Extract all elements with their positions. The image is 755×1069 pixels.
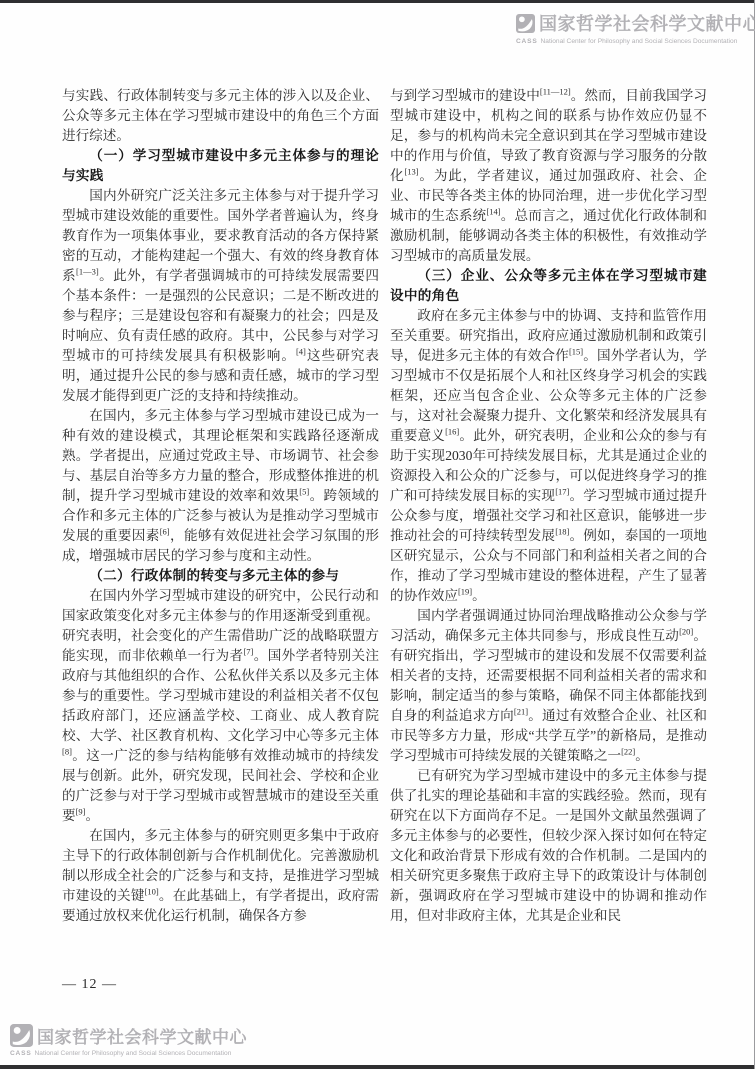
section-heading: （一）学习型城市建设中多元主体参与的理论与实践 [62, 146, 379, 186]
cass-header-logo: 国家哲学社会科学文献中心 CASS National Center for Ph… [516, 10, 755, 45]
citation-ref: [8] [62, 746, 72, 756]
body-paragraph: 与到学习型城市的建设中[11—12]。然而，目前我国学习型城市建设中，机构之间的… [390, 86, 707, 266]
body-paragraph: 国内外研究广泛关注多元主体参与对于提升学习型城市建设效能的重要性。国外学者普遍认… [62, 186, 379, 406]
citation-ref: [9] [76, 806, 86, 816]
citation-ref: [20] [679, 626, 693, 636]
right-column: 与到学习型城市的建设中[11—12]。然而，目前我国学习型城市建设中，机构之间的… [390, 86, 707, 926]
brand-abbr: CASS [10, 1050, 32, 1057]
citation-ref: [21] [514, 706, 528, 716]
body-paragraph: 在国内，多元主体参与学习型城市建设已成为一种有效的建设模式，其理论框架和实践路径… [62, 406, 379, 566]
citation-ref: [7] [243, 646, 253, 656]
body-paragraph: 政府在多元主体参与中的协调、支持和监管作用至关重要。研究指出，政府应通过激励机制… [390, 306, 707, 606]
scanned-paper-page: 国家哲学社会科学文献中心 CASS National Center for Ph… [0, 0, 755, 1069]
citation-ref: [13] [404, 166, 418, 176]
left-column: 与实践、行政体制转变与多元主体的涉入以及企业、公众等多元主体在学习型城市建设中的… [62, 86, 379, 926]
brand-abbr: CASS [516, 38, 538, 45]
citation-ref: [19] [458, 586, 472, 596]
brand-name-cn: 国家哲学社会科学文献中心 [539, 10, 755, 36]
cass-logo-icon [516, 14, 535, 33]
section-heading: （三）企业、公众等多元主体在学习型城市建设中的角色 [390, 266, 707, 306]
page-top-edge [0, 0, 755, 3]
body-paragraph: 国内学者强调通过协同治理战略推动公众参与学习活动，确保多元主体共同参与，形成良性… [390, 606, 707, 766]
section-heading: （二）行政体制的转变与多元主体的参与 [62, 566, 379, 586]
citation-ref: [6] [160, 526, 170, 536]
citation-ref: [18] [555, 526, 569, 536]
cass-footer-logo: 国家哲学社会科学文献中心 CASS National Center for Ph… [10, 1023, 247, 1057]
body-paragraph: 在国内外学习型城市建设的研究中，公民行动和国家政策变化对多元主体参与的作用逐渐受… [62, 586, 379, 826]
citation-ref: [10] [145, 886, 159, 896]
brand-name-cn: 国家哲学社会科学文献中心 [37, 1023, 247, 1048]
citation-ref: [16] [445, 426, 459, 436]
page-bottom-edge [0, 1065, 755, 1069]
citation-ref: [1—3] [76, 266, 99, 276]
citation-ref: [22] [621, 746, 635, 756]
brand-name-en: National Center for Philosophy and Socia… [35, 1050, 232, 1057]
cass-logo-icon [10, 1024, 33, 1047]
page-number: — 12 — [62, 977, 117, 993]
body-paragraph: 在国内，多元主体参与的研究则更多集中于政府主导下的行政体制创新与合作机制优化。完… [62, 826, 379, 926]
citation-ref: [4] [296, 346, 306, 356]
citation-ref: [17] [555, 486, 569, 496]
citation-ref: [5] [299, 486, 309, 496]
body-paragraph: 与实践、行政体制转变与多元主体的涉入以及企业、公众等多元主体在学习型城市建设中的… [62, 86, 379, 146]
citation-ref: [14] [486, 206, 500, 216]
citation-ref: [15] [569, 346, 583, 356]
body-paragraph: 已有研究为学习型城市建设中的多元主体参与提供了扎实的理论基础和丰富的实践经验。然… [390, 766, 707, 926]
brand-name-en: National Center for Philosophy and Socia… [541, 38, 738, 45]
citation-ref: [11—12] [540, 86, 571, 96]
